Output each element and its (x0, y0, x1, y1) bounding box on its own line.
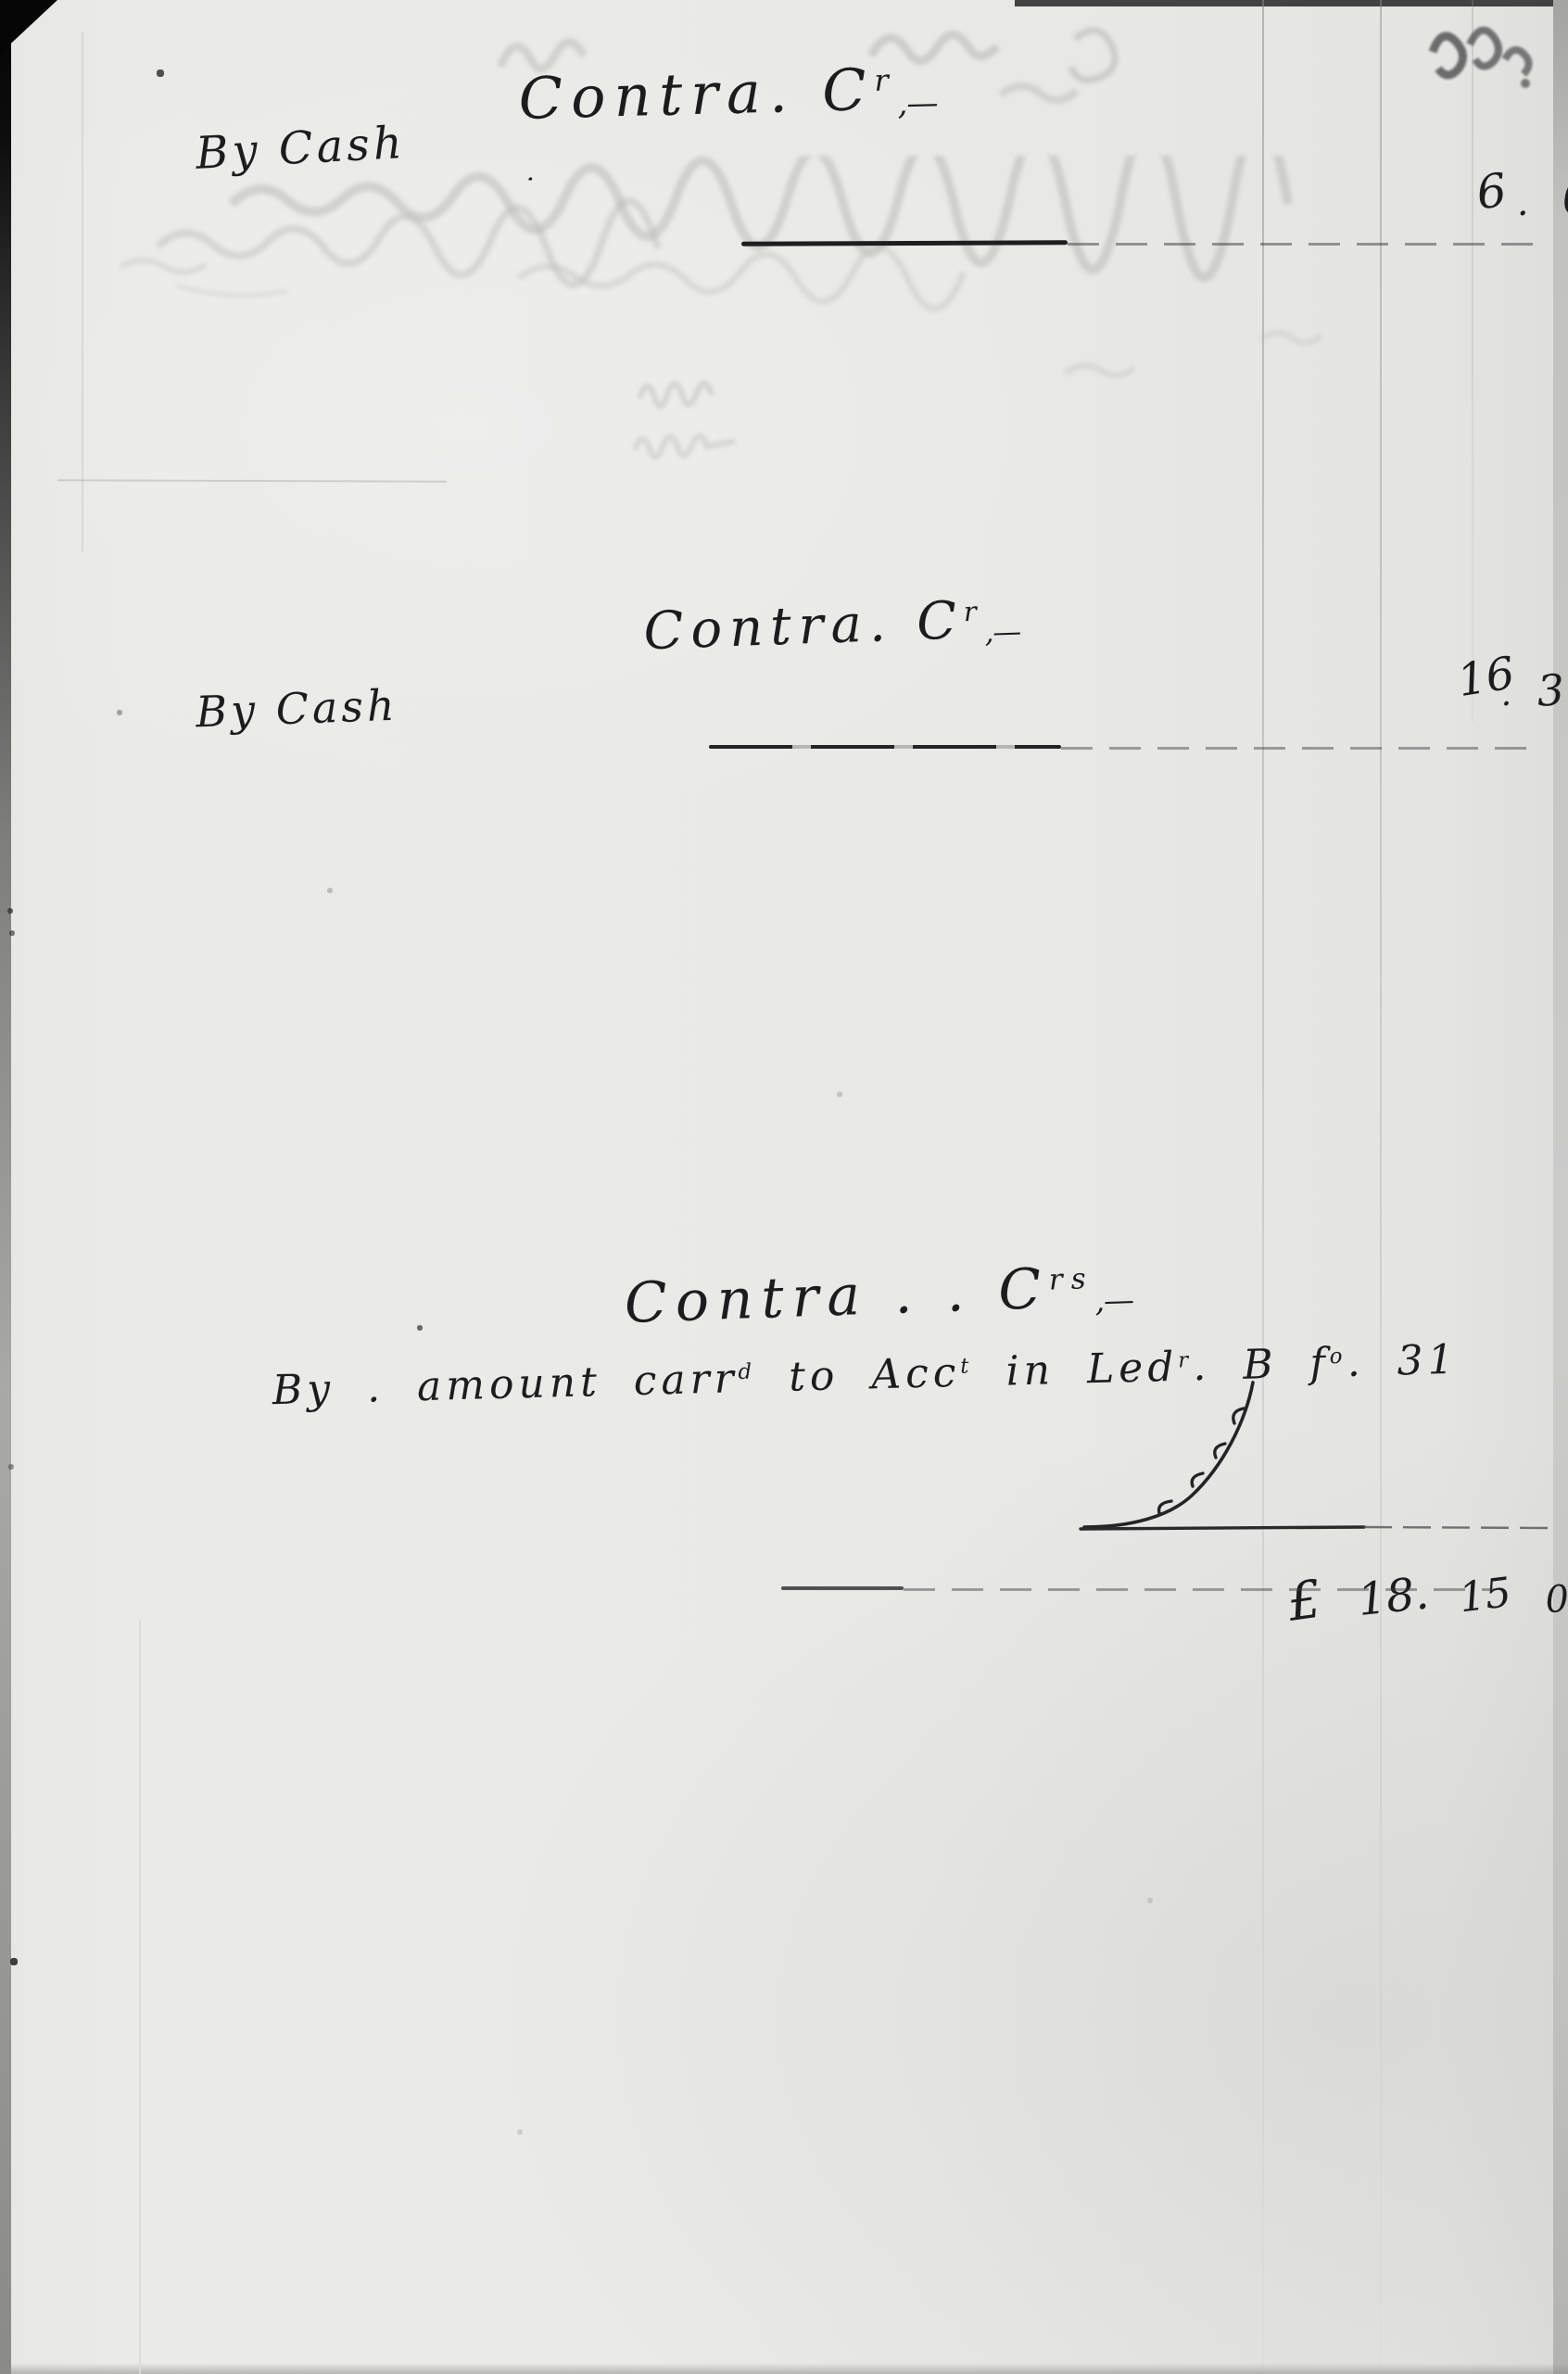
top-left-corner-shadow (0, 0, 57, 54)
section1-underline-dashed (1068, 243, 1549, 246)
total-pence: 0 (1494, 1535, 1568, 1668)
total-underline-left-cap (781, 1586, 904, 1590)
section2-leader-dashes: . . . . . - - - - . - - — — - — — - — - … (369, 675, 1381, 721)
section2-leader-text: . . . . . - - - - . - - — — - — — - — - … (510, 705, 1381, 721)
ledger-page: Contra. Cr,— By Cash : - - - — - - - — -… (0, 0, 1568, 2374)
pencil-guide-line (57, 479, 447, 482)
section2-underline-solid (709, 745, 1061, 749)
total-underline-dashed (904, 1588, 1494, 1591)
paper-fold-line-upper (82, 32, 83, 551)
section2-entry-label: By Cash (124, 630, 400, 789)
bottom-page-edge (0, 2363, 1568, 2374)
section3-entry-part: By . amount carr (272, 1355, 739, 1414)
section2-underline-dashed (1061, 747, 1536, 750)
section1-amount-pence: 6 (1498, 116, 1568, 283)
section2-heading-superscript: r (963, 595, 984, 627)
paper-specks (0, 0, 2, 2)
section1-leader-dashes: : - - - — - - - — - — - - — — - - — - — … (371, 126, 1330, 181)
section1-amount-pence-text: 6 (1560, 170, 1568, 225)
section3-heading-superscript: rs (1048, 1262, 1094, 1297)
section2-heading-text: Contra. C (642, 590, 965, 662)
section2-heading-flourish: ,— (984, 615, 1021, 650)
paper-fold-line-lower (139, 1620, 141, 2374)
right-page-edge (1553, 0, 1568, 2374)
section2-amount-pence: 3 (1479, 614, 1568, 768)
section1-entry-label: By Cash (120, 65, 410, 235)
left-page-edge (0, 0, 11, 2374)
section1-heading-superscript: r (874, 62, 897, 98)
section3-entry-superscript: d (738, 1359, 756, 1384)
section1-heading-text: Contra. C (518, 56, 876, 133)
ink-blot-top-right (1416, 6, 1546, 94)
total-pence-text: 0 (1544, 1578, 1568, 1623)
section2-amount-pence-text: 3 (1536, 664, 1565, 715)
section1-heading-flourish: ,— (897, 84, 938, 122)
